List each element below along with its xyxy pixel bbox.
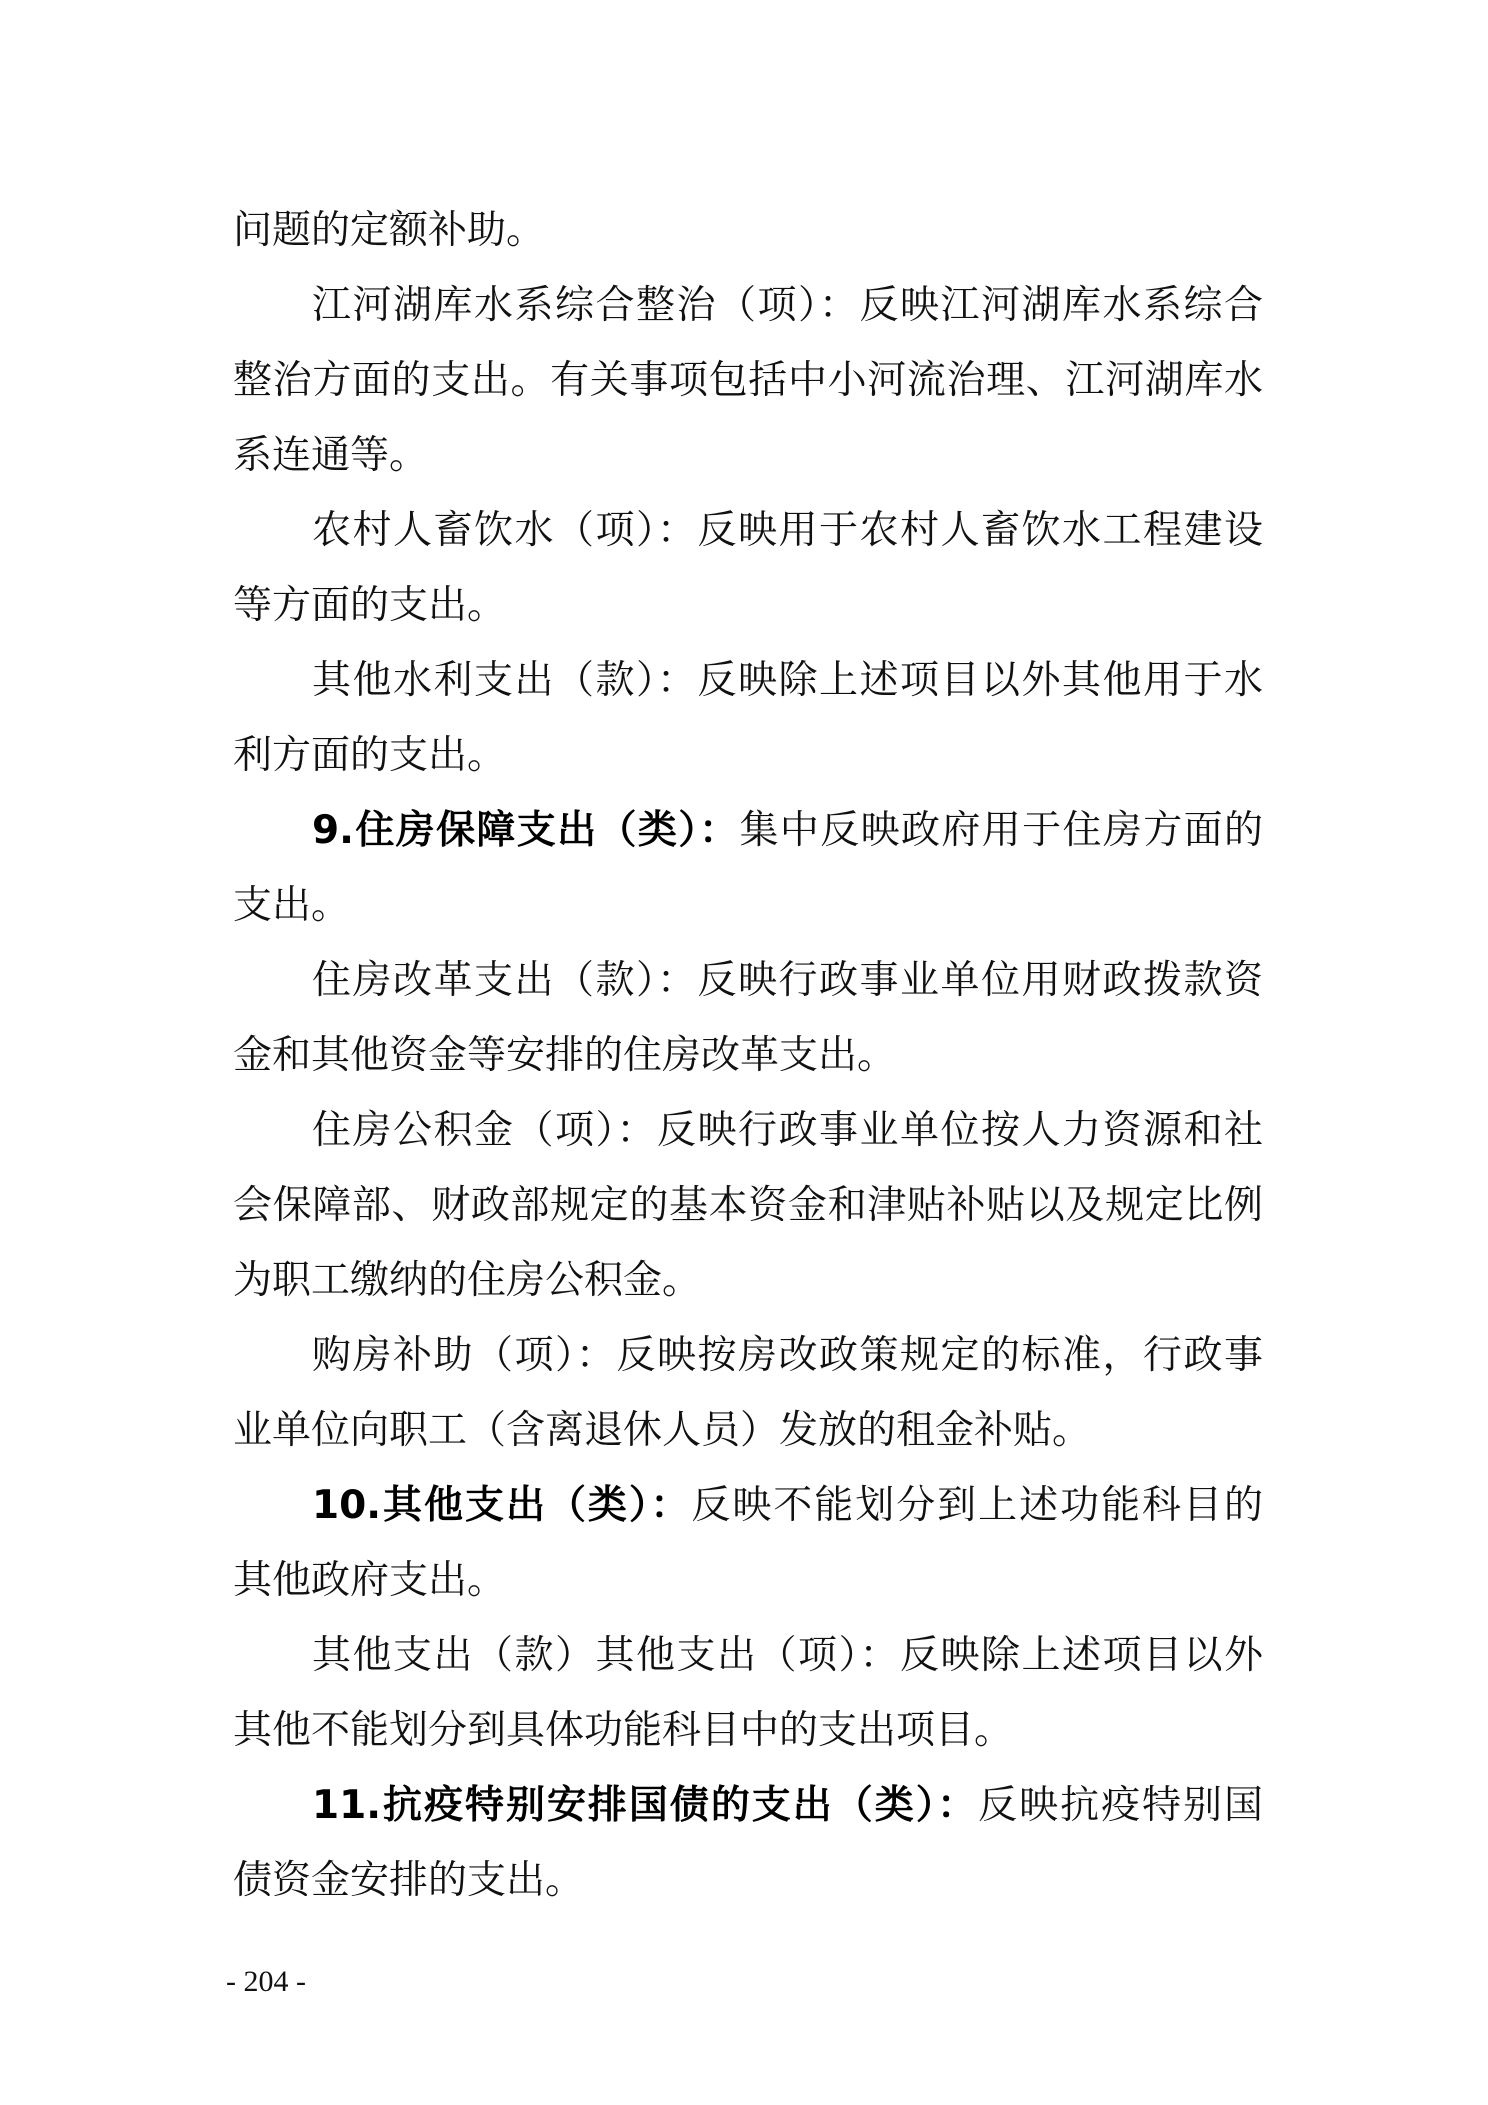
line-text: 金和其他资金等安排的住房改革支出。 xyxy=(233,1033,896,1078)
line-text: 其他不能划分到具体功能科目中的支出项目。 xyxy=(233,1708,1013,1753)
line-text: 债资金安排的支出。 xyxy=(233,1858,584,1903)
line-text: 住房改革支出（款）：反映行政事业单位用财政拨款资 xyxy=(312,958,1263,1003)
section-heading-other-expenditure: 10.其他支出（类）：反映不能划分到上述功能科目的 xyxy=(312,1480,1263,1532)
paragraph-line-item-housing-provident-fund: 住房公积金（项）：反映行政事业单位按人力资源和社 xyxy=(312,1105,1263,1157)
document-page: 问题的定额补助。 江河湖库水系综合整治（项）：反映江河湖库水系综合 整治方面的支… xyxy=(0,0,1488,2105)
line-text: 等方面的支出。 xyxy=(233,583,506,628)
paragraph-line-item-housing-reform: 住房改革支出（款）：反映行政事业单位用财政拨款资 xyxy=(312,955,1263,1007)
section-heading-label: 11.抗疫特别安排国债的支出（类）： xyxy=(312,1783,978,1828)
line-text: 系连通等。 xyxy=(233,433,428,478)
paragraph-line: 其他不能划分到具体功能科目中的支出项目。 xyxy=(233,1705,1263,1757)
section-heading-housing-security: 9.住房保障支出（类）：集中反映政府用于住房方面的 xyxy=(312,805,1263,857)
line-text: 反映抗疫特别国 xyxy=(978,1783,1263,1828)
paragraph-line: 利方面的支出。 xyxy=(233,730,1263,782)
paragraph-line: 等方面的支出。 xyxy=(233,580,1263,632)
paragraph-line: 金和其他资金等安排的住房改革支出。 xyxy=(233,1030,1263,1082)
line-text: 业单位向职工（含离退休人员）发放的租金补贴。 xyxy=(233,1408,1091,1453)
line-text: 会保障部、财政部规定的基本资金和津贴补贴以及规定比例 xyxy=(233,1183,1263,1228)
line-text: 农村人畜饮水（项）：反映用于农村人畜饮水工程建设 xyxy=(312,508,1263,553)
line-text: 为职工缴纳的住房公积金。 xyxy=(233,1258,701,1303)
paragraph-line: 会保障部、财政部规定的基本资金和津贴补贴以及规定比例 xyxy=(233,1180,1263,1232)
line-text: 反映不能划分到上述功能科目的 xyxy=(691,1483,1263,1528)
line-text: 江河湖库水系综合整治（项）：反映江河湖库水系综合 xyxy=(312,283,1263,328)
line-text: 住房公积金（项）：反映行政事业单位按人力资源和社 xyxy=(312,1108,1263,1153)
page-number: - 204 - xyxy=(226,1962,306,2002)
line-text: 利方面的支出。 xyxy=(233,733,506,778)
line-text: 支出。 xyxy=(233,883,350,928)
section-heading-anti-epidemic-bonds: 11.抗疫特别安排国债的支出（类）：反映抗疫特别国 xyxy=(312,1780,1263,1832)
line-text: 问题的定额补助。 xyxy=(233,208,545,253)
paragraph-line: 整治方面的支出。有关事项包括中小河流治理、江河湖库水 xyxy=(233,355,1263,407)
line-text: 整治方面的支出。有关事项包括中小河流治理、江河湖库水 xyxy=(233,358,1263,403)
section-heading-label: 10.其他支出（类）： xyxy=(312,1483,691,1528)
paragraph-line-item-river-lake-governance: 江河湖库水系综合整治（项）：反映江河湖库水系综合 xyxy=(312,280,1263,332)
line-text: 其他水利支出（款）：反映除上述项目以外其他用于水 xyxy=(312,658,1263,703)
paragraph-line: 系连通等。 xyxy=(233,430,1263,482)
line-text: 购房补助（项）：反映按房改政策规定的标准，行政事 xyxy=(312,1333,1263,1378)
line-text: 其他政府支出。 xyxy=(233,1558,506,1603)
paragraph-line: 其他政府支出。 xyxy=(233,1555,1263,1607)
paragraph-line-item-housing-purchase-subsidy: 购房补助（项）：反映按房改政策规定的标准，行政事 xyxy=(312,1330,1263,1382)
paragraph-line: 业单位向职工（含离退休人员）发放的租金补贴。 xyxy=(233,1405,1263,1457)
line-text: 其他支出（款）其他支出（项）：反映除上述项目以外 xyxy=(312,1633,1263,1678)
paragraph-line-item-rural-drinking-water: 农村人畜饮水（项）：反映用于农村人畜饮水工程建设 xyxy=(312,505,1263,557)
paragraph-line-item-other-water-conservancy: 其他水利支出（款）：反映除上述项目以外其他用于水 xyxy=(312,655,1263,707)
paragraph-line: 问题的定额补助。 xyxy=(233,205,1263,257)
paragraph-line: 支出。 xyxy=(233,880,1263,932)
paragraph-line: 为职工缴纳的住房公积金。 xyxy=(233,1255,1263,1307)
section-heading-label: 9.住房保障支出（类）： xyxy=(312,808,740,853)
paragraph-line: 债资金安排的支出。 xyxy=(233,1855,1263,1907)
paragraph-line-item-other-expenditure: 其他支出（款）其他支出（项）：反映除上述项目以外 xyxy=(312,1630,1263,1682)
line-text: 集中反映政府用于住房方面的 xyxy=(740,808,1263,853)
